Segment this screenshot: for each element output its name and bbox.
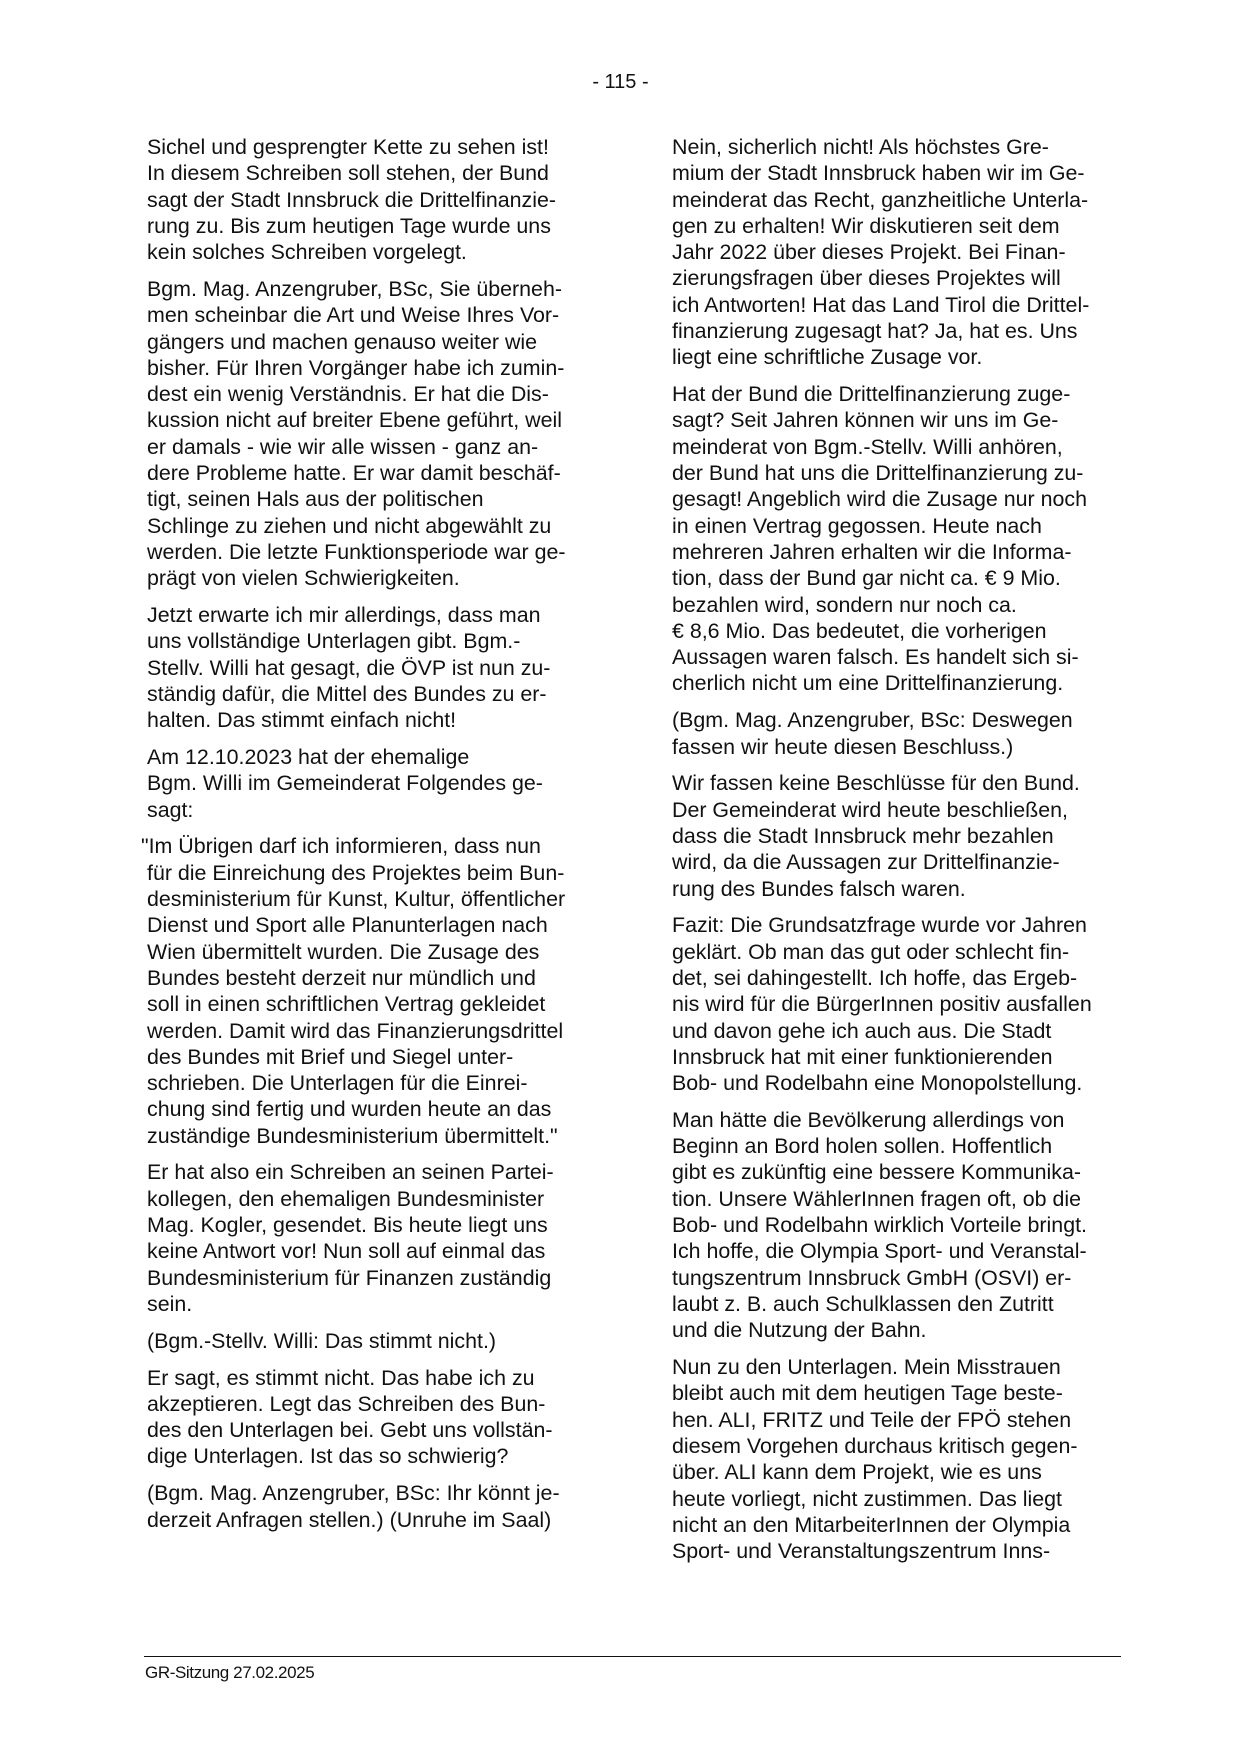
interjection-paragraph: (Bgm. Mag. Anzengruber, BSc: Deswegen fa… [672, 707, 1124, 760]
text-line: Am 12.10.2023 hat der ehemalige [147, 744, 609, 770]
text-line: Hat der Bund die Drittelfinanzierung zug… [672, 381, 1124, 407]
text-line: Wien übermittelt wurden. Die Zusage des [147, 939, 609, 965]
text-line: sein. [147, 1291, 609, 1317]
text-line: chung sind fertig und wurden heute an da… [147, 1096, 609, 1122]
page-number: - 115 - [0, 70, 1241, 94]
paragraph: Hat der Bund die Drittelfinanzierung zug… [672, 381, 1124, 697]
text-line: Bgm. Mag. Anzengruber, BSc, Sie überneh- [147, 276, 609, 302]
text-line: werden. Die letzte Funktionsperiode war … [147, 539, 609, 565]
text-line: wird, da die Aussagen zur Drittelfinanzi… [672, 849, 1124, 875]
text-line: Der Gemeinderat wird heute beschließen, [672, 797, 1124, 823]
text-line: schrieben. Die Unterlagen für die Einrei… [147, 1070, 609, 1096]
text-line: finanzierung zugesagt hat? Ja, hat es. U… [672, 318, 1124, 344]
text-line: laubt z. B. auch Schulklassen den Zutrit… [672, 1291, 1124, 1317]
text-line: rung zu. Bis zum heutigen Tage wurde uns [147, 213, 609, 239]
text-line: Fazit: Die Grundsatzfrage wurde vor Jahr… [672, 912, 1124, 938]
text-line: diesem Vorgehen durchaus kritisch gegen- [672, 1433, 1124, 1459]
text-line: halten. Das stimmt einfach nicht! [147, 707, 609, 733]
text-line: fassen wir heute diesen Beschluss.) [672, 734, 1124, 760]
text-line: keine Antwort vor! Nun soll auf einmal d… [147, 1238, 609, 1264]
text-line: gängers und machen genauso weiter wie [147, 329, 609, 355]
text-line: Nein, sicherlich nicht! Als höchstes Gre… [672, 134, 1124, 160]
paragraph: Jetzt erwarte ich mir allerdings, dass m… [147, 602, 609, 733]
interjection-paragraph: (Bgm. Mag. Anzengruber, BSc: Ihr könnt j… [147, 1480, 609, 1533]
text-line: liegt eine schriftliche Zusage vor. [672, 344, 1124, 370]
text-line: Aussagen waren falsch. Es handelt sich s… [672, 644, 1124, 670]
text-line: werden. Damit wird das Finanzierungsdrit… [147, 1018, 609, 1044]
text-line: Sichel und gesprengter Kette zu sehen is… [147, 134, 609, 160]
text-line: dige Unterlagen. Ist das so schwierig? [147, 1443, 609, 1469]
text-line: soll in einen schriftlichen Vertrag gekl… [147, 991, 609, 1017]
paragraph: Am 12.10.2023 hat der ehemalige Bgm. Wil… [147, 744, 609, 823]
text-line: Bob- und Rodelbahn wirklich Vorteile bri… [672, 1212, 1124, 1238]
text-line: der Bund hat uns die Drittelfinanzierung… [672, 460, 1124, 486]
text-line: tion. Unsere WählerInnen fragen oft, ob … [672, 1186, 1124, 1212]
paragraph: Nein, sicherlich nicht! Als höchstes Gre… [672, 134, 1124, 371]
text-line: cherlich nicht um eine Drittelfinanzieru… [672, 670, 1124, 696]
text-line: € 8,6 Mio. Das bedeutet, die vorherigen [672, 618, 1124, 644]
text-line: mehreren Jahren erhalten wir die Informa… [672, 539, 1124, 565]
paragraph: Fazit: Die Grundsatzfrage wurde vor Jahr… [672, 912, 1124, 1096]
text-line: Er sagt, es stimmt nicht. Das habe ich z… [147, 1365, 609, 1391]
paragraph: Man hätte die Bevölkerung allerdings von… [672, 1107, 1124, 1344]
right-text-column: Nein, sicherlich nicht! Als höchstes Gre… [672, 134, 1124, 1575]
footer-divider [144, 1656, 1121, 1657]
text-line: Innsbruck hat mit einer funktionierenden [672, 1044, 1124, 1070]
text-line: tigt, seinen Hals aus der politischen [147, 486, 609, 512]
text-line: rung des Bundes falsch waren. [672, 876, 1124, 902]
text-line: Schlinge zu ziehen und nicht abgewählt z… [147, 513, 609, 539]
text-line: Man hätte die Bevölkerung allerdings von [672, 1107, 1124, 1133]
text-line: bleibt auch mit dem heutigen Tage beste- [672, 1380, 1124, 1406]
text-line: Stellv. Willi hat gesagt, die ÖVP ist nu… [147, 655, 609, 681]
text-line: kein solches Schreiben vorgelegt. [147, 239, 609, 265]
text-line: uns vollständige Unterlagen gibt. Bgm.- [147, 628, 609, 654]
text-line: kussion nicht auf breiter Ebene geführt,… [147, 407, 609, 433]
text-line: geklärt. Ob man das gut oder schlecht fi… [672, 939, 1124, 965]
text-line: des Bundes mit Brief und Siegel unter- [147, 1044, 609, 1070]
text-line: akzeptieren. Legt das Schreiben des Bun- [147, 1391, 609, 1417]
paragraph: Nun zu den Unterlagen. Mein Misstrauen b… [672, 1354, 1124, 1564]
text-line: Jahr 2022 über dieses Projekt. Bei Finan… [672, 239, 1124, 265]
text-line: er damals - wie wir alle wissen - ganz a… [147, 434, 609, 460]
text-line: men scheinbar die Art und Weise Ihres Vo… [147, 302, 609, 328]
text-line: nis wird für die BürgerInnen positiv aus… [672, 991, 1124, 1017]
text-line: gen zu erhalten! Wir diskutieren seit de… [672, 213, 1124, 239]
text-line: Nun zu den Unterlagen. Mein Misstrauen [672, 1354, 1124, 1380]
quote-paragraph: "Im Übrigen darf ich informieren, dass n… [147, 833, 609, 1149]
text-line: sagt der Stadt Innsbruck die Drittelfina… [147, 187, 609, 213]
text-line: In diesem Schreiben soll stehen, der Bun… [147, 160, 609, 186]
text-line: meinderat von Bgm.-Stellv. Willi anhören… [672, 434, 1124, 460]
text-line: gibt es zukünftig eine bessere Kommunika… [672, 1159, 1124, 1185]
text-line: meinderat das Recht, ganzheitliche Unter… [672, 187, 1124, 213]
text-line: und die Nutzung der Bahn. [672, 1317, 1124, 1343]
text-line: Bundes besteht derzeit nur mündlich und [147, 965, 609, 991]
text-line: zuständige Bundesministerium übermittelt… [147, 1123, 609, 1149]
text-line: derzeit Anfragen stellen.) (Unruhe im Sa… [147, 1507, 609, 1533]
left-text-column: Sichel und gesprengter Kette zu sehen is… [147, 134, 609, 1543]
text-line: Jetzt erwarte ich mir allerdings, dass m… [147, 602, 609, 628]
text-line: det, sei dahingestellt. Ich hoffe, das E… [672, 965, 1124, 991]
text-line: Bundesministerium für Finanzen zuständig [147, 1265, 609, 1291]
text-line: Beginn an Bord holen sollen. Hoffentlich [672, 1133, 1124, 1159]
text-line: dest ein wenig Verständnis. Er hat die D… [147, 381, 609, 407]
footer-session-date: GR-Sitzung 27.02.2025 [145, 1662, 314, 1684]
text-line: (Bgm. Mag. Anzengruber, BSc: Deswegen [672, 707, 1124, 733]
text-line: Bob- und Rodelbahn eine Monopolstellung. [672, 1070, 1124, 1096]
paragraph: Er hat also ein Schreiben an seinen Part… [147, 1159, 609, 1317]
text-line: gesagt! Angeblich wird die Zusage nur no… [672, 486, 1124, 512]
text-line: Wir fassen keine Beschlüsse für den Bund… [672, 770, 1124, 796]
text-line: und davon gehe ich auch aus. Die Stadt [672, 1018, 1124, 1044]
text-line: über. ALI kann dem Projekt, wie es uns [672, 1459, 1124, 1485]
text-line: bezahlen wird, sondern nur noch ca. [672, 592, 1124, 618]
paragraph: Er sagt, es stimmt nicht. Das habe ich z… [147, 1365, 609, 1470]
text-line: ich Antworten! Hat das Land Tirol die Dr… [672, 292, 1124, 318]
text-line: kollegen, den ehemaligen Bundesminister [147, 1186, 609, 1212]
paragraph: Sichel und gesprengter Kette zu sehen is… [147, 134, 609, 265]
interjection-paragraph: (Bgm.-Stellv. Willi: Das stimmt nicht.) [147, 1328, 609, 1354]
text-line: "Im Übrigen darf ich informieren, dass n… [141, 833, 609, 859]
text-line: in einen Vertrag gegossen. Heute nach [672, 513, 1124, 539]
text-line: dere Probleme hatte. Er war damit beschä… [147, 460, 609, 486]
text-line: sagt: [147, 797, 609, 823]
text-line: nicht an den MitarbeiterInnen der Olympi… [672, 1512, 1124, 1538]
text-line: Sport- und Veranstaltungszentrum Inns- [672, 1538, 1124, 1564]
text-line: (Bgm. Mag. Anzengruber, BSc: Ihr könnt j… [147, 1480, 609, 1506]
text-line: (Bgm.-Stellv. Willi: Das stimmt nicht.) [147, 1328, 609, 1354]
text-line: heute vorliegt, nicht zustimmen. Das lie… [672, 1486, 1124, 1512]
text-line: Er hat also ein Schreiben an seinen Part… [147, 1159, 609, 1185]
paragraph: Wir fassen keine Beschlüsse für den Bund… [672, 770, 1124, 901]
text-line: für die Einreichung des Projektes beim B… [147, 860, 609, 886]
text-line: Ich hoffe, die Olympia Sport- und Verans… [672, 1238, 1124, 1264]
text-line: Dienst und Sport alle Planunterlagen nac… [147, 912, 609, 938]
text-line: tungszentrum Innsbruck GmbH (OSVI) er- [672, 1265, 1124, 1291]
text-line: bisher. Für Ihren Vorgänger habe ich zum… [147, 355, 609, 381]
text-line: desministerium für Kunst, Kultur, öffent… [147, 886, 609, 912]
paragraph: Bgm. Mag. Anzengruber, BSc, Sie überneh-… [147, 276, 609, 592]
text-line: mium der Stadt Innsbruck haben wir im Ge… [672, 160, 1124, 186]
text-line: ständig dafür, die Mittel des Bundes zu … [147, 681, 609, 707]
text-line: prägt von vielen Schwierigkeiten. [147, 565, 609, 591]
text-line: tion, dass der Bund gar nicht ca. € 9 Mi… [672, 565, 1124, 591]
text-line: sagt? Seit Jahren können wir uns im Ge- [672, 407, 1124, 433]
text-line: zierungsfragen über dieses Projektes wil… [672, 265, 1124, 291]
text-line: Mag. Kogler, gesendet. Bis heute liegt u… [147, 1212, 609, 1238]
text-line: dass die Stadt Innsbruck mehr bezahlen [672, 823, 1124, 849]
text-line: Bgm. Willi im Gemeinderat Folgendes ge- [147, 770, 609, 796]
text-line: hen. ALI, FRITZ und Teile der FPÖ stehen [672, 1407, 1124, 1433]
text-line: des den Unterlagen bei. Gebt uns vollstä… [147, 1417, 609, 1443]
